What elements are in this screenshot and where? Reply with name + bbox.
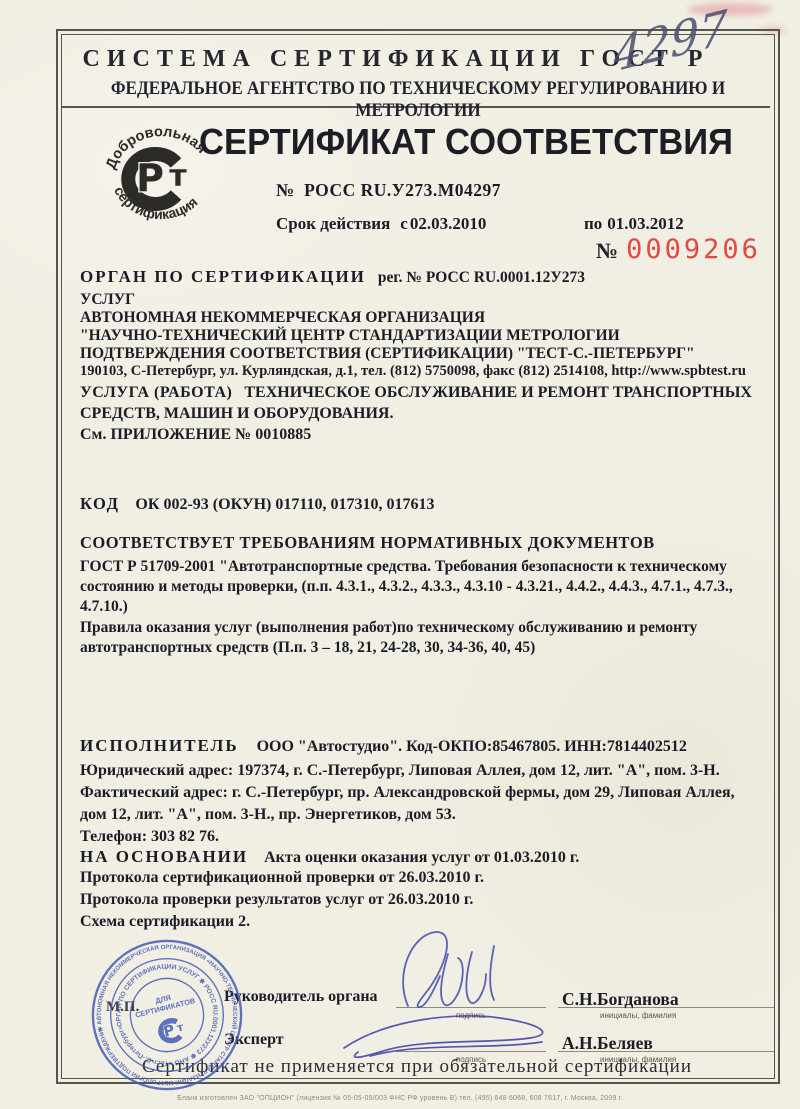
- validity-label: Срок действия: [276, 214, 390, 233]
- certificate-page: СИСТЕМА СЕРТИФИКАЦИИ ГОСТ Р ФЕДЕРАЛЬНОЕ …: [0, 0, 800, 1109]
- conformity-label: СООТВЕТСТВУЕТ ТРЕБОВАНИЯМ НОРМАТИВНЫХ ДО…: [80, 533, 655, 553]
- service-appendix: См. ПРИЛОЖЕНИЕ № 0010885: [80, 426, 311, 444]
- executor-line: Юридический адрес: 197374, г. С.-Петербу…: [80, 762, 720, 780]
- svg-text:ОРГАН ПО СЕРТИФИКАЦИИ УСЛУГ ✱: ОРГАН ПО СЕРТИФИКАЦИИ УСЛУГ ✱ РОСС RU.00…: [105, 953, 230, 1078]
- basis-row: НА ОСНОВАНИИ Акта оценки оказания услуг …: [80, 847, 579, 867]
- organ-line: АВТОНОМНАЯ НЕКОММЕРЧЕСКАЯ ОРГАНИЗАЦИЯ: [80, 309, 485, 327]
- svg-text:т: т: [176, 1020, 186, 1034]
- expert-signature-ink: [338, 1008, 570, 1066]
- valid-from-date: 02.03.2010: [410, 214, 487, 233]
- certificate-title: СЕРТИФИКАТ СООТВЕТСТВИЯ: [191, 121, 740, 163]
- executor-name: ООО "Автостудио". Код-ОКПО:85467805. ИНН…: [257, 738, 687, 755]
- executor-row: ИСПОЛНИТЕЛЬ ООО "Автостудио". Код-ОКПО:8…: [80, 736, 687, 756]
- gost-line: 4.7.10.): [80, 598, 128, 616]
- basis-line: Протокола сертификационной проверки от 2…: [80, 869, 484, 887]
- head-name: С.Н.Богданова: [562, 989, 679, 1010]
- agency-title: ФЕДЕРАЛЬНОЕ АГЕНТСТВО ПО ТЕХНИЧЕСКОМУ РЕ…: [92, 78, 744, 122]
- stamp-middle-ring-text: ОРГАН ПО СЕРТИФИКАЦИИ УСЛУГ ✱ РОСС RU.00…: [105, 953, 230, 1078]
- code-value: ОК 002-93 (ОКУН) 017110, 017310, 017613: [135, 496, 434, 513]
- gost-line: состоянию и методы проверки, (п.п. 4.3.1…: [80, 578, 733, 596]
- service-row: УСЛУГА (РАБОТА) ТЕХНИЧЕСКОЕ ОБСЛУЖИВАНИЕ…: [80, 384, 752, 402]
- rst-mark: Р т: [128, 154, 187, 204]
- blank-number-row: №0009206: [596, 234, 761, 265]
- rules-line: Правила оказания услуг (выполнения работ…: [80, 619, 697, 637]
- blank-print-info: Бланк изготовлен ЗАО "ОПЦИОН" (лицензия …: [0, 1095, 800, 1102]
- organ-line: "НАУЧНО-ТЕХНИЧЕСКИЙ ЦЕНТР СТАНДАРТИЗАЦИИ…: [80, 327, 620, 345]
- stamp-rst-mark: Р т: [159, 1018, 187, 1043]
- svg-text:т: т: [169, 159, 187, 194]
- number-sign: №: [276, 180, 294, 200]
- head-of-body-label: Руководитель органа: [224, 988, 378, 1006]
- validity-from-row: Срок действияс02.03.2010: [276, 214, 486, 234]
- organ-reg-number: рег. № РОСС RU.0001.12У273: [378, 269, 585, 286]
- basis-line: Протокола проверки результатов услуг от …: [80, 891, 473, 909]
- svg-text:Р: Р: [136, 156, 164, 200]
- organ-address-line: 190103, С-Петербург, ул. Курляндская, д.…: [80, 363, 746, 380]
- validity-to-row: по01.03.2012: [584, 214, 684, 234]
- organ-label-row: ОРГАН ПО СЕРТИФИКАЦИИ рег. № РОСС RU.000…: [80, 267, 585, 287]
- executor-line: Фактический адрес: г. С.-Петербург, пр. …: [80, 784, 735, 802]
- organ-line: УСЛУГ: [80, 291, 135, 309]
- expert-name: А.Н.Беляев: [562, 1033, 653, 1054]
- certificate-number-row: №РОСС RU.У273.М04297: [276, 180, 501, 201]
- service-line2: СРЕДСТВ, МАШИН И ОБОРУДОВАНИЯ.: [80, 405, 393, 423]
- head-signature-ink: [392, 926, 562, 1014]
- gost-line: ГОСТ Р 51709-2001 "Автотранспортные сред…: [80, 558, 727, 576]
- certificate-number: РОСС RU.У273.М04297: [304, 180, 501, 200]
- organ-line: ПОДТВЕРЖДЕНИЯ СООТВЕТСТВИЯ (СЕРТИФИКАЦИИ…: [80, 345, 695, 363]
- executor-line: Телефон: 303 82 76.: [80, 828, 219, 846]
- code-row: КОД ОК 002-93 (ОКУН) 017110, 017310, 017…: [80, 494, 434, 514]
- rules-line: автотранспортных средств (П.п. 3 – 18, 2…: [80, 639, 535, 657]
- blank-number: 0009206: [626, 234, 761, 265]
- basis-line: Схема сертификации 2.: [80, 913, 250, 931]
- round-stamp: ✱ АВТОНОМНАЯ НЕКОММЕРЧЕСКАЯ ОРГАНИЗАЦИЯ …: [88, 936, 246, 1094]
- executor-line: дом 12, лит. "А", пом. 3-Н., пр. Энергет…: [80, 806, 456, 824]
- valid-to-date: 01.03.2012: [607, 214, 684, 233]
